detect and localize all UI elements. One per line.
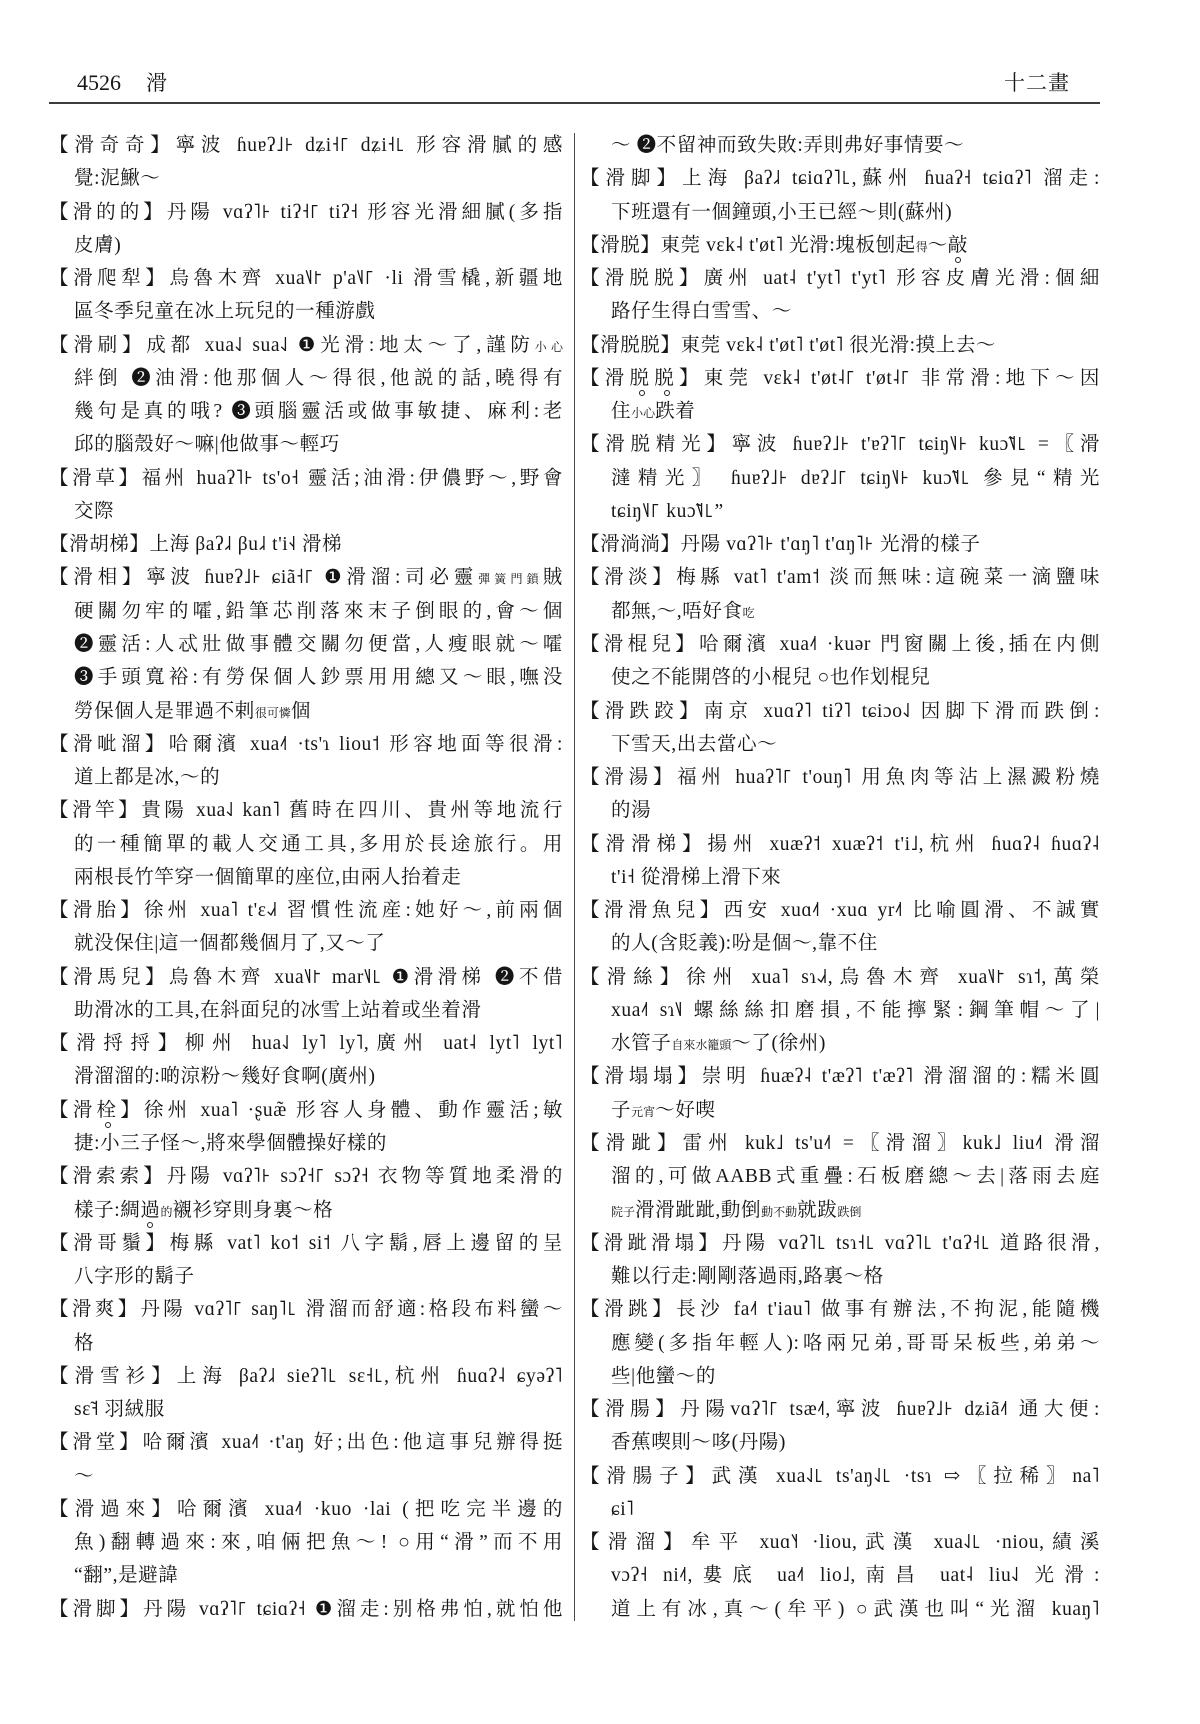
- headword: 【滑堂】: [49, 1432, 143, 1453]
- entry-text: 烏魯木齊 xua˥˩꜓ p'a˥˩꜒ ·li 滑雪橇,新疆地: [169, 268, 563, 289]
- entry-line: 【滑奇奇】寧波 ɦuɐʔ˩꜔ dʑi˧꜒ dʑi˧꜖ 形容滑膩的感: [49, 129, 563, 162]
- entry-text: 哈爾濱 xua˨˦ ·kuər 門窗關上後,插在内側: [699, 634, 1100, 655]
- headword: 【滑捋捋】: [49, 1033, 185, 1054]
- entry-line: 【滑脚】上海 βaʔ˩˨ tɕiɑʔ˥꜖,蘇州 ɦuaʔ˧ tɕiɑʔ˥ 溜走:: [580, 162, 1100, 195]
- entry-text: 徐州 xua˥ sɿ˨˩˧,烏魯木齊 xua˥˩꜓ sɿ˦,萬榮: [686, 967, 1100, 988]
- entry-text: 福州 huaʔ˥꜔ ts'o˧ 靈活;油滑:伊儂野～,野會: [142, 468, 563, 489]
- entry-line: 【滑竿】貴陽 xua˨˩ kan˥ 舊時在四川、貴州等地流行: [49, 794, 563, 827]
- entry-line: t'i˧ 從滑梯上滑下來: [580, 861, 1100, 894]
- entry-line: 【滑爽】丹陽 vɑʔ˥꜒ saŋ˥꜖ 滑溜而舒適:格段布料蠻～: [49, 1293, 563, 1326]
- entry-text: 住: [611, 401, 631, 422]
- entry-text: 寧波 ɦuɐʔ˩꜔ t'ɐʔ˥꜒ tɕiŋ˥˩꜔ kuɔ̃˥˩꜖ =〖滑: [732, 434, 1100, 455]
- entry-text: 徐州 xua˥ t'ɛ˨˩˧ 習慣性流産:她好～,前兩個: [144, 900, 563, 921]
- headword: 【滑脚】: [580, 168, 682, 189]
- entry-text: 滑滑跐跐,動倒: [635, 1200, 761, 1221]
- entry-text: 東莞 vɛk˨ t'øt˨꜒ t'øt˨꜒ 非常滑:地下～因: [704, 368, 1100, 389]
- entry-text: 哈爾濱 xua˨˦ ·kuo ·lai (把吃完半邊的: [177, 1499, 563, 1520]
- headword: 【滑跌跤】: [580, 701, 704, 722]
- entry-line: 【滑刷】成都 xua˨˩ sua˨˩ ❶光滑:地太～了,謹防小心: [49, 329, 563, 362]
- headword: 【滑腸子】: [580, 1466, 712, 1487]
- entry-text: 東莞 vɛk˨ t'øt˥ 光滑:塊板刨起: [660, 235, 915, 256]
- entry-line: 【滑脱脱】廣州 uat˨ t'yt˥ t'yt˥ 形容皮膚光滑:個細: [580, 262, 1100, 295]
- marked-character: 脱: [629, 368, 654, 389]
- entry-text: 丹陽vɑʔ˥꜒ tsæ˨˦,寧波 ɦuɐʔ˩꜔ dʑiã˨˦ 通大便:: [680, 1399, 1100, 1420]
- entry-line: 【滑淌淌】丹陽 vɑʔ˥꜔ t'ɑŋ˥ t'ɑŋ˥꜔ 光滑的樣子: [580, 528, 1100, 561]
- entry-line: 【滑跐滑塌】丹陽 vɑʔ˥꜖ tsɿ˧꜖ vɑʔ˥꜖ t'ɑʔ˧꜖ 道路很滑,: [580, 1227, 1100, 1260]
- headword: 【滑脱脱】: [580, 335, 681, 356]
- entry-line: 路仔生得白雪雪、～: [580, 295, 1100, 328]
- gloss-note: 自來水籠頭: [671, 1038, 731, 1052]
- headword: 【滑跐滑塌】: [580, 1233, 722, 1254]
- entry-line: 【滑胎】徐州 xua˥ t'ɛ˨˩˧ 習慣性流産:她好～,前兩個: [49, 894, 563, 927]
- entry-text: 寧波 ɦuɐʔ˩꜔ ɕiã˧꜒ ❶滑溜:司必靈: [146, 567, 478, 588]
- entry-line: 幾句是真的哦? ❸頭腦靈活或做事敏捷、麻利:老: [49, 395, 563, 428]
- entry-line: 【滑跳】長沙 fa˨˦ t'iau˥ 做事有辦法,不拘泥,能隨機: [580, 1293, 1100, 1326]
- entry-text: 跌着: [655, 401, 695, 422]
- entry-text: 勞保個人是罪過不剌: [74, 701, 255, 722]
- entry-line: 【滑馬兒】烏魯木齊 xua˥˩꜓ mar˥˩꜖ ❶滑滑梯 ❷不借: [49, 961, 563, 994]
- headword: 【滑絲】: [580, 967, 686, 988]
- entry-line: xua˨˦ sɿ˥˩ 螺絲絲扣磨損,不能擰緊:鋼筆帽～了|: [580, 994, 1100, 1027]
- right-column: ～ ❷不留神而致失敗:弄則弗好事情要～ 【滑脚】上海 βaʔ˩˨ tɕiɑʔ˥꜖…: [580, 129, 1100, 1626]
- gloss-note: 吃: [743, 606, 755, 620]
- head-character: 滑: [146, 70, 167, 96]
- gloss-note: 院子: [611, 1205, 635, 1219]
- entry-line: 都無,～,唔好食吃: [580, 595, 1100, 628]
- entry-line: 水管子自來水籠頭～了(徐州): [580, 1027, 1100, 1060]
- entry-line: 【滑過來】哈爾濱 xua˨˦ ·kuo ·lai (把吃完半邊的: [49, 1493, 563, 1526]
- entry-line: 【滑爬犁】烏魯木齊 xua˥˩꜓ p'a˥˩꜒ ·li 滑雪橇,新疆地: [49, 262, 563, 295]
- entry-line: “翻”,是避諱: [49, 1559, 563, 1592]
- entry-text: 長沙 fa˨˦ t'iau˥ 做事有辦法,不拘泥,能隨機: [676, 1299, 1100, 1320]
- column-divider: [574, 133, 575, 1621]
- entry-line: 【滑雪衫】上海 βaʔ˩˨ sieʔ˥꜖ sɛ˧꜖,杭州 ɦuɑʔ˨ ɕyəʔ˥: [49, 1360, 563, 1393]
- headword: 【滑哥鬚】: [49, 1233, 170, 1254]
- headword: 【滑溜】: [580, 1532, 691, 1553]
- headword: 【滑跳】: [580, 1299, 676, 1320]
- entry-line: 樣子:綢過的襯衫穿則身裏～格: [49, 1194, 563, 1227]
- entry-line: 【滑絲】徐州 xua˥ sɿ˨˩˧,烏魯木齊 xua˥˩꜓ sɿ˦,萬榮: [580, 961, 1100, 994]
- entry-text: 上海 βaʔ˩˨ βu˩˨ t'i˧˨ 滑梯: [150, 534, 343, 555]
- entry-line: 絆倒 ❷油滑:他那個人～得很,他説的話,曉得有: [49, 362, 563, 395]
- entry-line: 的湯: [580, 794, 1100, 827]
- headword: 【滑湯】: [580, 767, 677, 788]
- entry-line: ❸手頭寬裕:有勞保個人鈔票用用總又～眼,嘸没: [49, 661, 563, 694]
- entry-text: ～好喫: [655, 1100, 715, 1121]
- entry-line: 【滑索索】丹陽 vɑʔ˥꜔ sɔʔ˧꜒ sɔʔ˧ 衣物等質地柔滑的: [49, 1160, 563, 1193]
- headword: 【滑塌塌】: [580, 1066, 702, 1087]
- entry-line: 【滑栓】徐州 xua˥ ·ʂuæ̃ 形容人身體、動作靈活;敏: [49, 1094, 563, 1127]
- marked-character: 過: [140, 1200, 160, 1221]
- entry-line: 【滑脱脱】東莞 vɛk˨ t'øt˥ t'øt˥ 很光滑:摸上去～: [580, 329, 1100, 362]
- entry-text: 個: [291, 701, 311, 722]
- headword: 【滑草】: [49, 468, 142, 489]
- entry-line: 硬關勿牢的嚯,鉛筆芯削落來末子倒眼的,會～個: [49, 595, 563, 628]
- entry-text: 梅縣 vat˥ ko˦ si˦ 八字鬍,唇上邊留的呈: [170, 1233, 563, 1254]
- entry-line: 院子滑滑跐跐,動倒動不動就跋跌倒: [580, 1194, 1100, 1227]
- entry-line: 【滑哥鬚】梅縣 vat˥ ko˦ si˦ 八字鬍,唇上邊留的呈: [49, 1227, 563, 1260]
- entry-text: 福州 huaʔ˥꜒ t'ouŋ˥ 用魚肉等沾上濕澱粉燒: [677, 767, 1100, 788]
- entry-line: tɕiŋ˥˩꜒ kuɔ̃˥˩꜖”: [580, 495, 1100, 528]
- entry-line: 【滑跐】雷州 kuk˩ ts'u˨˦ =〖滑溜〗kuk˩ liu˨˦ 滑溜: [580, 1127, 1100, 1160]
- gloss-note: 的: [160, 1205, 172, 1219]
- headword: 【滑呲溜】: [49, 734, 169, 755]
- entry-line: 【滑滑魚兒】西安 xuɑ˨˦ ·xuɑ yr˨˦ 比喻圓滑、不誠實: [580, 894, 1100, 927]
- entry-line: 的人(含貶義):吩是個～,靠不住: [580, 927, 1100, 960]
- entry-line: 【滑脚】丹陽 vɑʔ˥꜒ tɕiɑʔ˧ ❶溜走:别格弗怕,就怕他: [49, 1593, 563, 1626]
- entry-text: 賊: [543, 567, 563, 588]
- entry-text: 寧波 ɦuɐʔ˩꜔ dʑi˧꜒ dʑi˧꜖ 形容滑膩的感: [176, 135, 563, 156]
- headword: 【滑奇奇】: [49, 135, 176, 156]
- entry-line: 捷:小三子怪～,將來學個體操好樣的: [49, 1127, 563, 1160]
- headword: 【滑淡】: [580, 567, 676, 588]
- entry-line: 溜的,可做AABB式重疊:石板磨總～去|落雨去庭: [580, 1160, 1100, 1193]
- headword: 【滑跐】: [580, 1133, 683, 1154]
- entry-text: 徐州 xua˥ ·ʂuæ̃ 形容人身體、動作靈活;敏: [144, 1100, 563, 1121]
- entry-line: 魚)翻轉過來:來,咱倆把魚～! ○用“滑”而不用: [49, 1526, 563, 1559]
- headword: 【滑棍兒】: [580, 634, 699, 655]
- gloss-note: 跌倒: [837, 1205, 861, 1219]
- headword: 【滑胎】: [49, 900, 144, 921]
- entry-line: sɛ̃˧ 羽絨服: [49, 1393, 563, 1426]
- headword: 【滑爽】: [49, 1299, 140, 1320]
- entry-line: 住小心跌着: [580, 395, 1100, 428]
- entry-line: 下雪天,出去當心～: [580, 728, 1100, 761]
- entry-line: ～ ❷不留神而致失敗:弄則弗好事情要～: [580, 129, 1100, 162]
- entry-text: 崇明 ɦuæʔ˨ t'æʔ˥ t'æʔ˥ 滑溜溜的:糯米圓: [702, 1066, 1100, 1087]
- entry-text: 廣州 uat˨ t'yt˥ t'yt˥ 形容皮膚光滑:個細: [704, 268, 1100, 289]
- headword: 【滑索索】: [49, 1166, 167, 1187]
- entry-line: 【滑滑梯】揚州 xuæʔ˦ xuæʔ˦ t'i˩,杭州 ɦuɑʔ˨ ɦuɑʔ˨: [580, 828, 1100, 861]
- headword: 【滑脱】: [580, 235, 660, 256]
- entry-line: 【滑塌塌】崇明 ɦuæʔ˨ t'æʔ˥ t'æʔ˥ 滑溜溜的:糯米圓: [580, 1060, 1100, 1093]
- gloss-note: 彈簧門鎖: [478, 572, 543, 586]
- entry-line: 道上都是冰,～的: [49, 761, 563, 794]
- headword: 【滑腸】: [580, 1399, 680, 1420]
- entry-line: 【滑湯】福州 huaʔ˥꜒ t'ouŋ˥ 用魚肉等沾上濕澱粉燒: [580, 761, 1100, 794]
- entry-line: 【滑捋捋】柳州 hua˨˩ ly˥ ly˥,廣州 uat˨ lyt˥ lyt˥: [49, 1027, 563, 1060]
- entry-line: ～: [49, 1460, 563, 1493]
- entry-text: 就跋: [797, 1200, 837, 1221]
- headword: 】: [679, 368, 704, 389]
- entry-text: 上海 βaʔ˩˨ tɕiɑʔ˥꜖,蘇州 ɦuaʔ˧ tɕiɑʔ˥ 溜走:: [682, 168, 1100, 189]
- headword: 【滑脱脱】: [580, 268, 704, 289]
- headword: 】: [120, 1100, 144, 1121]
- headword: 【滑胡梯】: [49, 534, 150, 555]
- gloss-note: 元宵: [631, 1105, 655, 1119]
- entry-line: 區冬季兒童在冰上玩兒的一種游戲: [49, 295, 563, 328]
- entry-text: 柳州 hua˨˩ ly˥ ly˥,廣州 uat˨ lyt˥ lyt˥: [185, 1033, 563, 1054]
- gloss-note: 得: [916, 240, 928, 254]
- gloss-note: 很可憐: [255, 706, 291, 720]
- entry-line: 應變(多指年輕人):咯兩兄弟,哥哥呆板些,弟弟～: [580, 1327, 1100, 1360]
- headword: 【滑過來】: [49, 1499, 177, 1520]
- entry-line: 助滑冰的工具,在斜面兒的冰雪上站着或坐着滑: [49, 994, 563, 1027]
- entry-line: 勞保個人是罪過不剌很可憐個: [49, 695, 563, 728]
- entry-line: 【滑淡】梅縣 vat˥ t'am˦ 淡而無味:這碗菜一滴鹽味: [580, 561, 1100, 594]
- entry-text: 水管子: [611, 1033, 671, 1054]
- entry-line: ❷靈活:人忒壯做事體交關勿便當,人瘦眼就～嚯: [49, 628, 563, 661]
- entry-text: 西安 xuɑ˨˦ ·xuɑ yr˨˦ 比喻圓滑、不誠實: [724, 900, 1100, 921]
- entry-line: 道上有冰,真～(牟平) ○武漢也叫“光溜 kuaŋ˥: [580, 1593, 1100, 1626]
- entry-line: 的一種簡單的載人交通工具,多用於長途旅行。用: [49, 828, 563, 861]
- entry-text: 貴陽 xua˨˩ kan˥ 舊時在四川、貴州等地流行: [141, 800, 563, 821]
- entry-text: 揚州 xuæʔ˦ xuæʔ˦ t'i˩,杭州 ɦuɑʔ˨ ɦuɑʔ˨: [708, 834, 1100, 855]
- entry-text: 襯衫穿則身裏～格: [172, 1200, 333, 1221]
- entry-line: 【滑的的】丹陽 vɑʔ˥꜔ tiʔ˧꜒ tiʔ˧ 形容光滑細膩(多指: [49, 196, 563, 229]
- entry-text: 烏魯木齊 xua˥˩꜓ mar˥˩꜖ ❶滑滑梯 ❷不借: [169, 967, 563, 988]
- entry-text: 哈爾濱 xua˨˦ ·t'aŋ 好;出色:他這事兒辦得挺: [143, 1432, 563, 1453]
- entry-line: 【滑跌跤】南京 xuɑʔ˥ tiʔ˥ tɕiɔo˨˩ 因脚下滑而跌倒:: [580, 695, 1100, 728]
- left-column: 【滑奇奇】寧波 ɦuɐʔ˩꜔ dʑi˧꜒ dʑi˧꜖ 形容滑膩的感 覺:泥鰍～ …: [49, 129, 563, 1626]
- headword: 【滑竿】: [49, 800, 141, 821]
- entry-text: 成都 xua˨˩ sua˨˩ ❶光滑:地太～了,謹防: [146, 335, 534, 356]
- entry-text: 武漢 xua˨˩꜖ ts'aŋ˨˩꜖ ·tsɿ ⇨〖拉稀〗na˥: [712, 1466, 1100, 1487]
- entry-line: 使之不能開啓的小棍兒 ○也作划棍兒: [580, 661, 1100, 694]
- entry-text: 梅縣 vat˥ t'am˦ 淡而無味:這碗菜一滴鹽味: [676, 567, 1100, 588]
- entry-text: 都無,～,唔好食: [611, 601, 743, 622]
- headword: 【滑: [49, 1100, 96, 1121]
- entry-line: 八字形的鬍子: [49, 1260, 563, 1293]
- entry-text: 樣子:綢: [74, 1200, 140, 1221]
- gloss-note: 動不動: [761, 1205, 797, 1219]
- entry-line: 皮膚): [49, 229, 563, 262]
- entry-text: ～了(徐州): [731, 1033, 826, 1054]
- headword: 【滑刷】: [49, 335, 146, 356]
- entry-text: 東莞 vɛk˨ t'øt˥ t'øt˥ 很光滑:摸上去～: [681, 335, 997, 356]
- entry-text: 丹陽 vɑʔ˥꜔ tiʔ˧꜒ tiʔ˧ 形容光滑細膩(多指: [167, 202, 563, 223]
- entry-line: 交際: [49, 495, 563, 528]
- entry-line: 【滑堂】哈爾濱 xua˨˦ ·t'aŋ 好;出色:他這事兒辦得挺: [49, 1426, 563, 1459]
- entry-text: 牟平 xuɑ˥˧ ·liou,武漢 xua˨˩꜖ ·niou,績溪: [691, 1532, 1100, 1553]
- entry-text: 丹陽 vɑʔ˥꜖ tsɿ˧꜖ vɑʔ˥꜖ t'ɑʔ˧꜖ 道路很滑,: [722, 1233, 1100, 1254]
- headword: 【滑滑梯】: [580, 834, 708, 855]
- marked-character: 栓: [96, 1100, 120, 1121]
- page-number: 4526: [77, 70, 121, 96]
- header-rule: [49, 102, 1100, 104]
- entry-line: 子元宵～好喫: [580, 1094, 1100, 1127]
- entry-line: 【滑腸子】武漢 xua˨˩꜖ ts'aŋ˨˩꜖ ·tsɿ ⇨〖拉稀〗na˥: [580, 1460, 1100, 1493]
- entry-line: 【滑呲溜】哈爾濱 xua˨˦ ·ts'ɿ liou˦ 形容地面等很滑:: [49, 728, 563, 761]
- entry-line: ɕi˥: [580, 1493, 1100, 1526]
- entry-text: 丹陽 vɑʔ˥꜒ tɕiɑʔ˧ ❶溜走:别格弗怕,就怕他: [143, 1599, 563, 1620]
- entry-text: 哈爾濱 xua˨˦ ·ts'ɿ liou˦ 形容地面等很滑:: [169, 734, 563, 755]
- entry-line: 【滑脱】東莞 vɛk˨ t'øt˥ 光滑:塊板刨起得～敲: [580, 229, 1100, 262]
- entry-line: vɔʔ˧ ni˨˦,婁底 ua˨˦ lio˩,南昌 uat˨ liu˨˩ 光滑:: [580, 1559, 1100, 1592]
- marked-character: 敲: [948, 235, 968, 256]
- headword: 【滑脚】: [49, 1599, 143, 1620]
- entry-line: 【滑溜】牟平 xuɑ˥˧ ·liou,武漢 xua˨˩꜖ ·niou,績溪: [580, 1526, 1100, 1559]
- entry-text: 子: [611, 1100, 631, 1121]
- headword: 【滑淌淌】: [580, 534, 681, 555]
- gloss-note: 小心: [535, 340, 563, 354]
- entry-line: 【滑腸】丹陽vɑʔ˥꜒ tsæ˨˦,寧波 ɦuɐʔ˩꜔ dʑiã˨˦ 通大便:: [580, 1393, 1100, 1426]
- headword: 【滑脱精光】: [580, 434, 732, 455]
- entry-line: 覺:泥鰍～: [49, 162, 563, 195]
- entry-text: 丹陽 vɑʔ˥꜔ t'ɑŋ˥ t'ɑŋ˥꜔ 光滑的樣子: [681, 534, 981, 555]
- entry-line: 【滑相】寧波 ɦuɐʔ˩꜔ ɕiã˧꜒ ❶滑溜:司必靈彈簧門鎖賊: [49, 561, 563, 594]
- entry-line: 【滑脱脱】東莞 vɛk˨ t'øt˨꜒ t'øt˨꜒ 非常滑:地下～因: [580, 362, 1100, 395]
- headword: 【滑的的】: [49, 202, 167, 223]
- headword: 【滑: [580, 368, 629, 389]
- headword: 【滑滑魚兒】: [580, 900, 724, 921]
- entry-line: 下班還有一個鐘頭,小王已經～則(蘇州): [580, 196, 1100, 229]
- entry-line: 【滑棍兒】哈爾濱 xua˨˦ ·kuər 門窗關上後,插在内側: [580, 628, 1100, 661]
- entry-line: 【滑胡梯】上海 βaʔ˩˨ βu˩˨ t'i˧˨ 滑梯: [49, 528, 563, 561]
- entry-line: 格: [49, 1327, 563, 1360]
- headword: 【滑雪衫】: [49, 1366, 177, 1387]
- headword: 【滑馬兒】: [49, 967, 169, 988]
- entry-text: 雷州 kuk˩ ts'u˨˦ =〖滑溜〗kuk˩ liu˨˦ 滑溜: [683, 1133, 1100, 1154]
- entry-text: 上海 βaʔ˩˨ sieʔ˥꜖ sɛ˧꜖,杭州 ɦuɑʔ˨ ɕyəʔ˥: [177, 1366, 563, 1387]
- gloss-note: 小心: [631, 406, 655, 420]
- entry-text: 丹陽 vɑʔ˥꜒ saŋ˥꜖ 滑溜而舒適:格段布料蠻～: [140, 1299, 563, 1320]
- entry-line: 邱的腦殼好～嘛|他做事～輕巧: [49, 428, 563, 461]
- entry-line: 難以行走:剛剛落過雨,路裏～格: [580, 1260, 1100, 1293]
- section-label: 十二畫: [1004, 70, 1070, 96]
- headword: 【滑爬犁】: [49, 268, 169, 289]
- entry-line: 些|他蠻～的: [580, 1360, 1100, 1393]
- entry-text: 南京 xuɑʔ˥ tiʔ˥ tɕiɔo˨˩ 因脚下滑而跌倒:: [704, 701, 1100, 722]
- marked-character: 脱: [654, 368, 679, 389]
- entry-line: 就没保住|這一個都幾個月了,又～了: [49, 927, 563, 960]
- entry-text: 丹陽 vɑʔ˥꜔ sɔʔ˧꜒ sɔʔ˧ 衣物等質地柔滑的: [167, 1166, 563, 1187]
- entry-text: ～: [928, 235, 948, 256]
- entry-line: 香蕉喫則～哆(丹陽): [580, 1426, 1100, 1459]
- entry-line: 澾精光〗 ɦuɐʔ˩꜔ dɐʔ˩꜒ tɕiŋ˥˩꜔ kuɔ̃˥˩꜖ 參見“精光: [580, 462, 1100, 495]
- entry-line: 滑溜溜的:啲涼粉～幾好食啊(廣州): [49, 1060, 563, 1093]
- entry-line: 【滑草】福州 huaʔ˥꜔ ts'o˧ 靈活;油滑:伊儂野～,野會: [49, 462, 563, 495]
- headword: 【滑相】: [49, 567, 146, 588]
- entry-line: 兩根長竹竿穿一個簡單的座位,由兩人抬着走: [49, 861, 563, 894]
- entry-line: 【滑脱精光】寧波 ɦuɐʔ˩꜔ t'ɐʔ˥꜒ tɕiŋ˥˩꜔ kuɔ̃˥˩꜖ =…: [580, 428, 1100, 461]
